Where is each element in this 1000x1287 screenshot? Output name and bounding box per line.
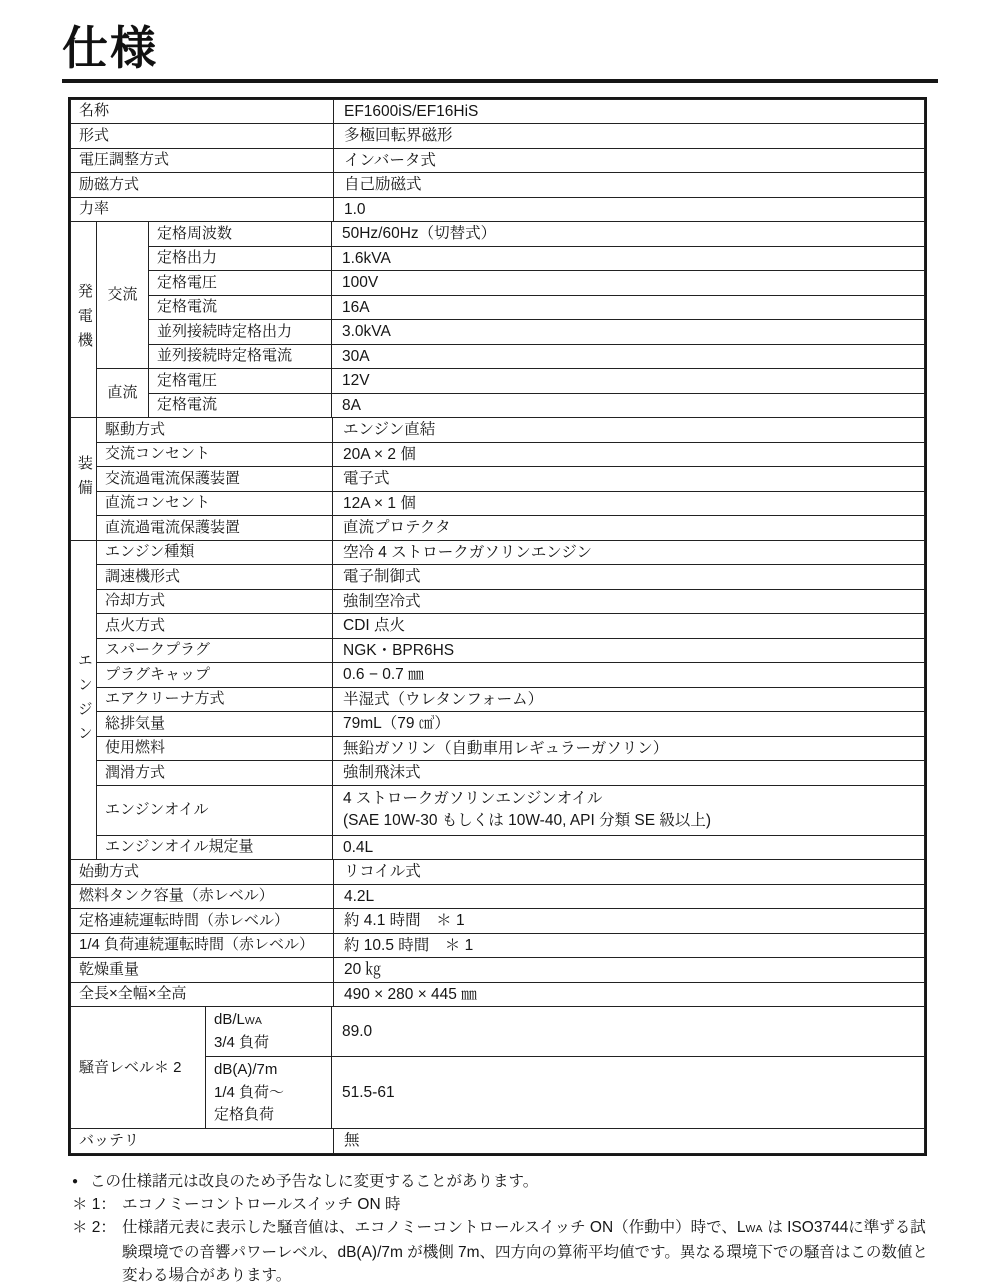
lwa-subscript: WA [745, 1223, 763, 1235]
label-cell: 並列接続時定格電流 [149, 344, 332, 369]
table-row: 燃料タンク容量（赤レベル） 4.2L [71, 884, 925, 909]
label-cell: 形式 [71, 124, 334, 149]
label-cell: バッテリ [71, 1129, 334, 1154]
table-row: 交流過電流保護装置 電子式 [71, 467, 925, 492]
group-cell-noise: 騒音レベル＊ 2 [71, 1007, 206, 1129]
label-cell: 乾燥重量 [71, 958, 334, 983]
value-cell: 20A × 2 個 [333, 442, 925, 467]
table-row: エアクリーナ方式 半湿式（ウレタンフォーム） [71, 687, 925, 712]
value-cell: 強制空冷式 [333, 589, 925, 614]
table-row-engine-oil: エンジンオイル 4 ストロークガソリンエンジンオイル (SAE 10W-30 も… [71, 785, 925, 835]
table-row-noise-lwa: 騒音レベル＊ 2 dB/LWA 3/4 負荷 89.0 [71, 1007, 925, 1057]
value-cell: 89.0 [332, 1007, 925, 1057]
value-cell: リコイル式 [334, 860, 925, 885]
note-text: この仕様諸元は改良のため予告なしに変更することがあります。 [90, 1170, 934, 1193]
value-cell: 半湿式（ウレタンフォーム） [333, 687, 925, 712]
group-cell-generator: 発電機 [71, 222, 97, 418]
table-row: 並列接続時定格電流 30A [71, 344, 925, 369]
note-marker: ＊ 2： [72, 1216, 122, 1239]
label-cell: 総排気量 [97, 712, 333, 737]
label-cell: 力率 [71, 197, 334, 222]
section-battery: バッテリ 無 [70, 1128, 925, 1154]
table-row: 全長×全幅×全高 490 × 280 × 445 ㎜ [71, 982, 925, 1007]
value-cell: 12A × 1 個 [333, 491, 925, 516]
value-cell: 50Hz/60Hz（切替式） [332, 222, 925, 247]
value-cell: 無 [334, 1129, 925, 1154]
value-cell: 490 × 280 × 445 ㎜ [334, 982, 925, 1007]
value-cell: 20 ㎏ [334, 958, 925, 983]
bullet-icon: ● [72, 1170, 90, 1193]
label-cell: 励磁方式 [71, 173, 334, 198]
label-cell: dB/LWA 3/4 負荷 [206, 1007, 332, 1057]
value-cell: EF1600iS/EF16HiS [334, 99, 925, 124]
label-cell: 直流コンセント [97, 491, 333, 516]
lwa-subscript: WA [245, 1015, 263, 1027]
table-row: 調速機形式 電子制御式 [71, 565, 925, 590]
subgroup-cell-ac: 交流 [97, 222, 149, 369]
footnotes: ● この仕様諸元は改良のため予告なしに変更することがあります。 ＊ 1： エコノ… [72, 1170, 934, 1287]
note-asterisk-2: ＊ 2： 仕様諸元表に表示した騒音値は、エコノミーコントロールスイッチ ON（作… [72, 1216, 934, 1287]
note-text: 仕様諸元表に表示した騒音値は、エコノミーコントロールスイッチ ON（作動中）時で… [122, 1216, 934, 1287]
note-general: ● この仕様諸元は改良のため予告なしに変更することがあります。 [72, 1170, 934, 1193]
noise-load-line: 定格負荷 [214, 1104, 327, 1127]
table-row: 名称 EF1600iS/EF16HiS [71, 99, 925, 124]
label-cell: 使用燃料 [97, 736, 333, 761]
value-cell: 空冷 4 ストロークガソリンエンジン [333, 540, 925, 565]
spec-table: 名称 EF1600iS/EF16HiS 形式 多極回転界磁形 電圧調整方式 イン… [68, 97, 927, 1156]
label-cell: 直流過電流保護装置 [97, 516, 333, 541]
table-row: 励磁方式 自己励磁式 [71, 173, 925, 198]
table-row: 直流 定格電圧 12V [71, 369, 925, 394]
section-equipment: 装備 駆動方式 エンジン直結 交流コンセント 20A × 2 個 交流過電流保護… [70, 417, 925, 541]
section-generator: 発電機 交流 定格周波数 50Hz/60Hz（切替式） 定格出力 1.6kVA … [70, 221, 925, 418]
table-row: 総排気量 79mL（79 ㎤） [71, 712, 925, 737]
label-cell: 1/4 負荷連続運転時間（赤レベル） [71, 933, 334, 958]
value-cell: エンジン直結 [333, 418, 925, 443]
table-row: 乾燥重量 20 ㎏ [71, 958, 925, 983]
table-row: 直流コンセント 12A × 1 個 [71, 491, 925, 516]
value-cell: CDI 点火 [333, 614, 925, 639]
label-cell: プラグキャップ [97, 663, 333, 688]
table-row: 装備 駆動方式 エンジン直結 [71, 418, 925, 443]
value-cell: 無鉛ガソリン（自動車用レギュラーガソリン） [333, 736, 925, 761]
label-cell: 定格電流 [149, 295, 332, 320]
value-cell: 0.4L [333, 835, 925, 860]
value-cell: 30A [332, 344, 925, 369]
label-cell: 並列接続時定格出力 [149, 320, 332, 345]
table-row: 形式 多極回転界磁形 [71, 124, 925, 149]
label-cell: 交流過電流保護装置 [97, 467, 333, 492]
value-cell: 4 ストロークガソリンエンジンオイル (SAE 10W-30 もしくは 10W-… [333, 785, 925, 835]
label-cell: 冷却方式 [97, 589, 333, 614]
section-general: 名称 EF1600iS/EF16HiS 形式 多極回転界磁形 電圧調整方式 イン… [70, 99, 925, 223]
table-row: スパークプラグ NGK・BPR6HS [71, 638, 925, 663]
spec-page: 仕様 名称 EF1600iS/EF16HiS 形式 多極回転界磁形 電圧調整方式… [0, 0, 1000, 1287]
label-cell: 全長×全幅×全高 [71, 982, 334, 1007]
note-text: エコノミーコントロールスイッチ ON 時 [122, 1193, 934, 1216]
table-row: 交流コンセント 20A × 2 個 [71, 442, 925, 467]
table-row: 定格電流 8A [71, 393, 925, 418]
table-row: 潤滑方式 強制飛沫式 [71, 761, 925, 786]
label-cell: エアクリーナ方式 [97, 687, 333, 712]
label-cell: 定格出力 [149, 246, 332, 271]
table-row: エンジン エンジン種類 空冷 4 ストロークガソリンエンジン [71, 540, 925, 565]
label-cell: 電圧調整方式 [71, 148, 334, 173]
label-cell: 定格電圧 [149, 369, 332, 394]
value-cell: 79mL（79 ㎤） [333, 712, 925, 737]
subgroup-cell-dc: 直流 [97, 369, 149, 418]
label-cell: 燃料タンク容量（赤レベル） [71, 884, 334, 909]
value-cell: 16A [332, 295, 925, 320]
table-row: 定格電圧 100V [71, 271, 925, 296]
value-cell: NGK・BPR6HS [333, 638, 925, 663]
note-asterisk-1: ＊ 1： エコノミーコントロールスイッチ ON 時 [72, 1193, 934, 1216]
table-row: 冷却方式 強制空冷式 [71, 589, 925, 614]
value-cell: 電子式 [333, 467, 925, 492]
table-row: 点火方式 CDI 点火 [71, 614, 925, 639]
table-row: 始動方式 リコイル式 [71, 860, 925, 885]
table-row: プラグキャップ 0.6 − 0.7 ㎜ [71, 663, 925, 688]
group-cell-equipment: 装備 [71, 418, 97, 541]
label-cell: スパークプラグ [97, 638, 333, 663]
value-cell: インバータ式 [334, 148, 925, 173]
label-cell: 交流コンセント [97, 442, 333, 467]
value-cell: 約 10.5 時間 ＊ 1 [334, 933, 925, 958]
group-cell-engine: エンジン [71, 540, 97, 860]
label-cell: エンジン種類 [97, 540, 333, 565]
noise-load-line: 1/4 負荷〜 [214, 1082, 327, 1105]
label-cell: 定格周波数 [149, 222, 332, 247]
label-cell: 点火方式 [97, 614, 333, 639]
table-row: 定格出力 1.6kVA [71, 246, 925, 271]
table-row: 定格連続運転時間（赤レベル） 約 4.1 時間 ＊ 1 [71, 909, 925, 934]
table-row: 使用燃料 無鉛ガソリン（自動車用レギュラーガソリン） [71, 736, 925, 761]
table-row: 定格電流 16A [71, 295, 925, 320]
label-cell: 調速機形式 [97, 565, 333, 590]
noise-unit-line: dB(A)/7m [214, 1059, 327, 1082]
value-cell: 約 4.1 時間 ＊ 1 [334, 909, 925, 934]
label-cell: 名称 [71, 99, 334, 124]
value-cell: 直流プロテクタ [333, 516, 925, 541]
value-cell: 100V [332, 271, 925, 296]
table-row: 電圧調整方式 インバータ式 [71, 148, 925, 173]
label-cell: dB(A)/7m 1/4 負荷〜 定格負荷 [206, 1057, 332, 1129]
value-line: (SAE 10W-30 もしくは 10W-40, API 分類 SE 級以上) [343, 810, 920, 833]
section-engine: エンジン エンジン種類 空冷 4 ストロークガソリンエンジン 調速機形式 電子制… [70, 540, 925, 861]
page-title: 仕様 [62, 0, 1000, 75]
note-marker: ＊ 1： [72, 1193, 122, 1216]
value-cell: 3.0kVA [332, 320, 925, 345]
value-cell: 自己励磁式 [334, 173, 925, 198]
value-cell: 電子制御式 [333, 565, 925, 590]
section-operation: 始動方式 リコイル式 燃料タンク容量（赤レベル） 4.2L 定格連続運転時間（赤… [70, 859, 925, 1007]
value-cell: 1.0 [334, 197, 925, 222]
value-cell: 12V [332, 369, 925, 394]
label-cell: 駆動方式 [97, 418, 333, 443]
table-row: 力率 1.0 [71, 197, 925, 222]
label-cell: 定格連続運転時間（赤レベル） [71, 909, 334, 934]
table-row: 並列接続時定格出力 3.0kVA [71, 320, 925, 345]
label-cell: エンジンオイル [97, 785, 333, 835]
label-cell: エンジンオイル規定量 [97, 835, 333, 860]
noise-load-line: 3/4 負荷 [214, 1032, 327, 1055]
value-cell: 1.6kVA [332, 246, 925, 271]
value-cell: 4.2L [334, 884, 925, 909]
noise-unit-line: dB/LWA [214, 1009, 327, 1033]
value-line: 4 ストロークガソリンエンジンオイル [343, 788, 920, 811]
value-cell: 51.5-61 [332, 1057, 925, 1129]
value-cell: 強制飛沫式 [333, 761, 925, 786]
table-row: 1/4 負荷連続運転時間（赤レベル） 約 10.5 時間 ＊ 1 [71, 933, 925, 958]
value-cell: 8A [332, 393, 925, 418]
label-cell: 始動方式 [71, 860, 334, 885]
table-row: 直流過電流保護装置 直流プロテクタ [71, 516, 925, 541]
value-cell: 0.6 − 0.7 ㎜ [333, 663, 925, 688]
title-underline [62, 79, 938, 83]
label-cell: 定格電圧 [149, 271, 332, 296]
table-row: 発電機 交流 定格周波数 50Hz/60Hz（切替式） [71, 222, 925, 247]
value-cell: 多極回転界磁形 [334, 124, 925, 149]
label-cell: 潤滑方式 [97, 761, 333, 786]
table-row: エンジンオイル規定量 0.4L [71, 835, 925, 860]
table-row: バッテリ 無 [71, 1129, 925, 1154]
section-noise: 騒音レベル＊ 2 dB/LWA 3/4 負荷 89.0 dB(A)/7m 1/4… [70, 1006, 925, 1129]
label-cell: 定格電流 [149, 393, 332, 418]
